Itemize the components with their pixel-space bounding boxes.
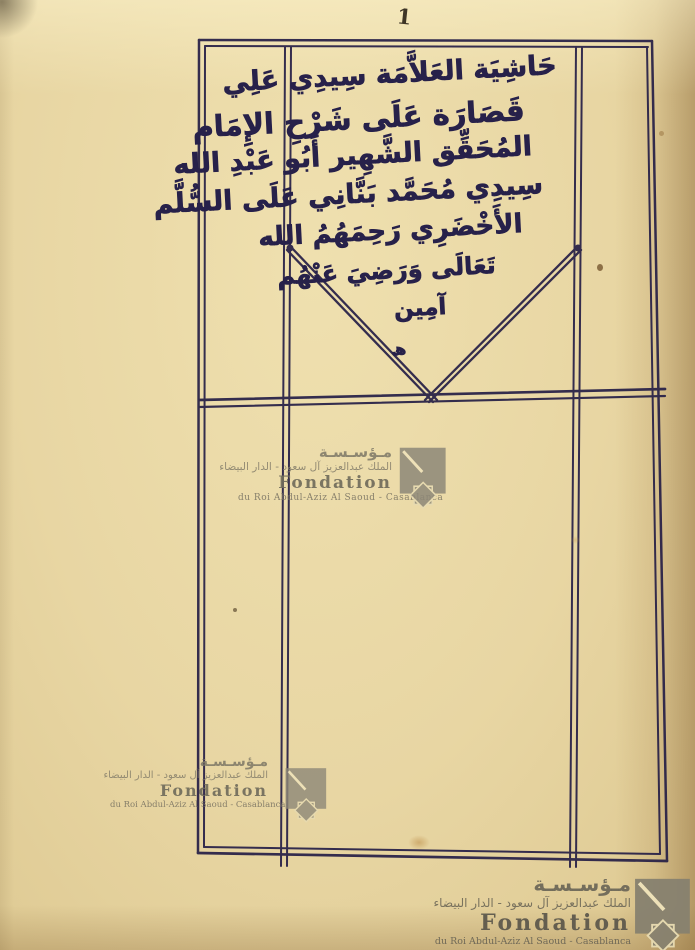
watermark-arabic-line: الملك عبدالعزيز آل سعود - الدار البيضاء <box>110 770 268 781</box>
watermark-latin-name: Fondation <box>238 473 392 493</box>
eight-point-star-icon <box>648 920 679 950</box>
watermark-text: مـؤسـسـة الملك عبدالعزيز آل سعود - الدار… <box>425 872 631 947</box>
eight-point-star-icon <box>410 482 436 508</box>
ink-speck <box>597 264 603 271</box>
title-line-7: آمِين <box>393 295 446 322</box>
ink-speck <box>233 608 237 612</box>
ink-speck <box>659 131 664 136</box>
watermark-arabic-line: الملك عبدالعزيز آل سعود - الدار البيضاء <box>425 896 631 910</box>
border-bottom-outer <box>198 853 667 861</box>
column-rule-right-a <box>570 47 576 867</box>
watermark-arabic-name: مـؤسـسـة <box>110 754 268 770</box>
foundation-logo-icon <box>633 876 695 950</box>
foundation-logo-icon <box>398 446 450 510</box>
eight-point-star-icon <box>295 799 318 822</box>
paper-stain <box>408 835 430 850</box>
watermark-foundation-middle: مـؤسـسـة الملك عبدالعزيز آل سعود - الدار… <box>238 443 450 509</box>
watermark-text: مـؤسـسـة الملك عبدالعزيز آل سعود - الدار… <box>238 443 392 503</box>
border-top-outer <box>199 40 652 41</box>
watermark-arabic-name: مـؤسـسـة <box>425 872 631 896</box>
column-rule-right-b <box>576 47 582 867</box>
watermark-latin-line: du Roi Abdul-Aziz Al Saoud - Casablanca <box>110 800 268 810</box>
watermark-arabic-line: الملك عبدالعزيز آل سعود - الدار البيضاء <box>238 461 392 473</box>
watermark-foundation-bottom-left: مـؤسـسـة الملك عبدالعزيز آل سعود - الدار… <box>110 754 330 824</box>
watermark-latin-name: Fondation <box>110 781 268 800</box>
diagonal-right-knot <box>575 245 581 251</box>
watermark-latin-line: du Roi Abdul-Aziz Al Saoud - Casablanca <box>238 493 392 503</box>
manuscript-page: 1 حَاشِيَة العَلاَّمَة سِيدِي عَلِي قَصَ… <box>0 0 695 950</box>
scribal-end-mark: ھ <box>390 341 407 359</box>
watermark-latin-line: du Roi Abdul-Aziz Al Saoud - Casablanca <box>425 936 631 947</box>
foundation-logo-icon <box>284 766 330 824</box>
watermark-text: مـؤسـسـة الملك عبدالعزيز آل سعود - الدار… <box>110 754 268 810</box>
paper-stain <box>571 536 580 544</box>
watermark-arabic-name: مـؤسـسـة <box>238 443 392 461</box>
folio-number: 1 <box>396 3 413 29</box>
watermark-latin-name: Fondation <box>425 910 631 936</box>
watermark-foundation-bottom-right: مـؤسـسـة الملك عبدالعزيز آل سعود - الدار… <box>425 872 695 950</box>
